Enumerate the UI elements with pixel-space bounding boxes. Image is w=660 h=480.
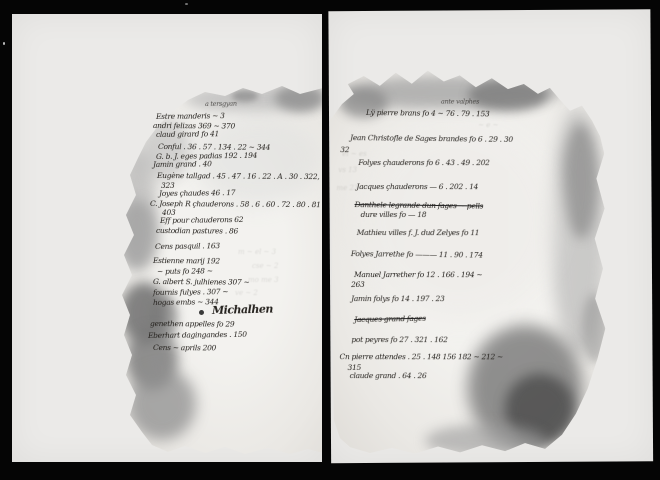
manuscript-line: Jean Christofle de Sages brandes fo 6 . …: [350, 134, 513, 143]
manuscript-line: Manuel Jarrether fo 12 . 166 . 194 ~: [354, 271, 482, 279]
manuscript-line: Mathieu villes f. J. dud Zelyes fo 11: [357, 229, 480, 237]
manuscript-line: Jamin grand . 40: [153, 160, 212, 168]
manuscript-line: Cens ~ aprils 200: [153, 344, 216, 352]
manuscript-line: Estre manderis ~ 3: [156, 112, 225, 120]
manuscript-line: Lÿ pierre brans fo 4 ~ 76 . 79 . 153: [366, 109, 490, 118]
manuscript-line: ~ puts fo 248 ~: [157, 267, 213, 275]
left-page-sheet: a tersgyan Estre manderis ~ 3 andri feli…: [12, 14, 322, 462]
manuscript-line: G. albert S. julhienes 307 ~: [153, 278, 250, 286]
stain-wash: [358, 119, 559, 320]
manuscript-line: Joyes çhaudes 46 . 17: [159, 189, 235, 197]
manuscript-line: Eff pour chauderons 62: [160, 216, 243, 225]
manuscript-line: Jacques çhauderons — 6 . 202 . 14: [356, 183, 478, 191]
manuscript-line: a tersgyan: [205, 101, 237, 108]
stain-blotch: [275, 84, 322, 112]
stain-blotch: [116, 200, 158, 270]
manuscript-line: pot peyres fo 27 . 321 . 162: [351, 336, 447, 344]
manuscript-line: Estienne marij 192: [153, 257, 220, 265]
manuscript-line: Cens pasquil . 163: [155, 242, 220, 250]
right-manuscript-fragment: [330, 68, 610, 462]
bleedthrough-mark: el ~ es: [342, 150, 366, 158]
bleedthrough-mark: m ~ el ~ 3: [238, 248, 276, 256]
left-manuscript-fragment: [112, 82, 322, 462]
bleedthrough-mark: mo me 3: [248, 276, 279, 284]
bleedthrough-mark: cse ~ 2: [252, 262, 278, 270]
manuscript-line: hogas embs ~ 344: [153, 298, 219, 306]
ink-dot: [199, 310, 204, 315]
manuscript-line: Jamin folys fo 14 . 197 . 23: [351, 295, 444, 303]
dust-speck: [185, 3, 188, 5]
manuscript-line-struck: Jacques grand fages: [354, 315, 426, 324]
manuscript-line: claud girard fo 41: [156, 130, 219, 138]
manuscript-line: Eugène tallgad . 45 . 47 . 16 . 22 . A .…: [157, 172, 320, 181]
manuscript-line: dure villes fo — 18: [361, 211, 427, 219]
manuscript-line: genethen appelles fo 29: [150, 320, 234, 328]
stain-blotch: [563, 124, 599, 239]
manuscript-line: custodian pastures . 86: [156, 227, 238, 235]
manuscript-line: 263: [351, 281, 365, 289]
stain-blotch: [425, 424, 545, 457]
manuscript-line: claude grand . 64 . 26: [350, 372, 427, 380]
bleedthrough-mark: me 23: [336, 184, 358, 192]
bleedthrough-mark: ve ~ 2: [235, 289, 258, 297]
bleedthrough-mark: vs 13: [338, 166, 357, 174]
manuscript-line: ante valphes: [441, 99, 479, 106]
right-page-sheet: ante valphes Lÿ pierre brans fo 4 ~ 76 .…: [328, 9, 653, 463]
photographed-manuscript-scan: a tersgyan Estre manderis ~ 3 andri feli…: [0, 0, 660, 480]
manuscript-line: Eberhart dagingandes . 150: [148, 331, 247, 340]
manuscript-line: Folyes Jarrethe fo ——— 11 . 90 . 174: [351, 250, 483, 259]
manuscript-line: fournis fulyes . 307 ~: [153, 288, 228, 296]
manuscript-line: C. Joseph R çhauderons . 58 . 6 . 60 . 7…: [150, 200, 322, 209]
manuscript-line-struck: Danthele legrande dun fages ~ pells: [355, 201, 484, 210]
manuscript-line: Folyes çhauderons fo 6 . 43 . 49 . 202: [358, 159, 489, 167]
bleedthrough-mark: ~ e ~: [478, 121, 498, 129]
manuscript-line: Cn pierre attendes . 25 . 148 156 182 ~ …: [339, 353, 503, 361]
manuscript-line: Michalhen: [212, 304, 273, 316]
dust-speck: [3, 42, 5, 45]
stain-blotch: [582, 294, 608, 364]
stain-blotch: [128, 368, 196, 440]
stain-blotch: [468, 79, 548, 111]
